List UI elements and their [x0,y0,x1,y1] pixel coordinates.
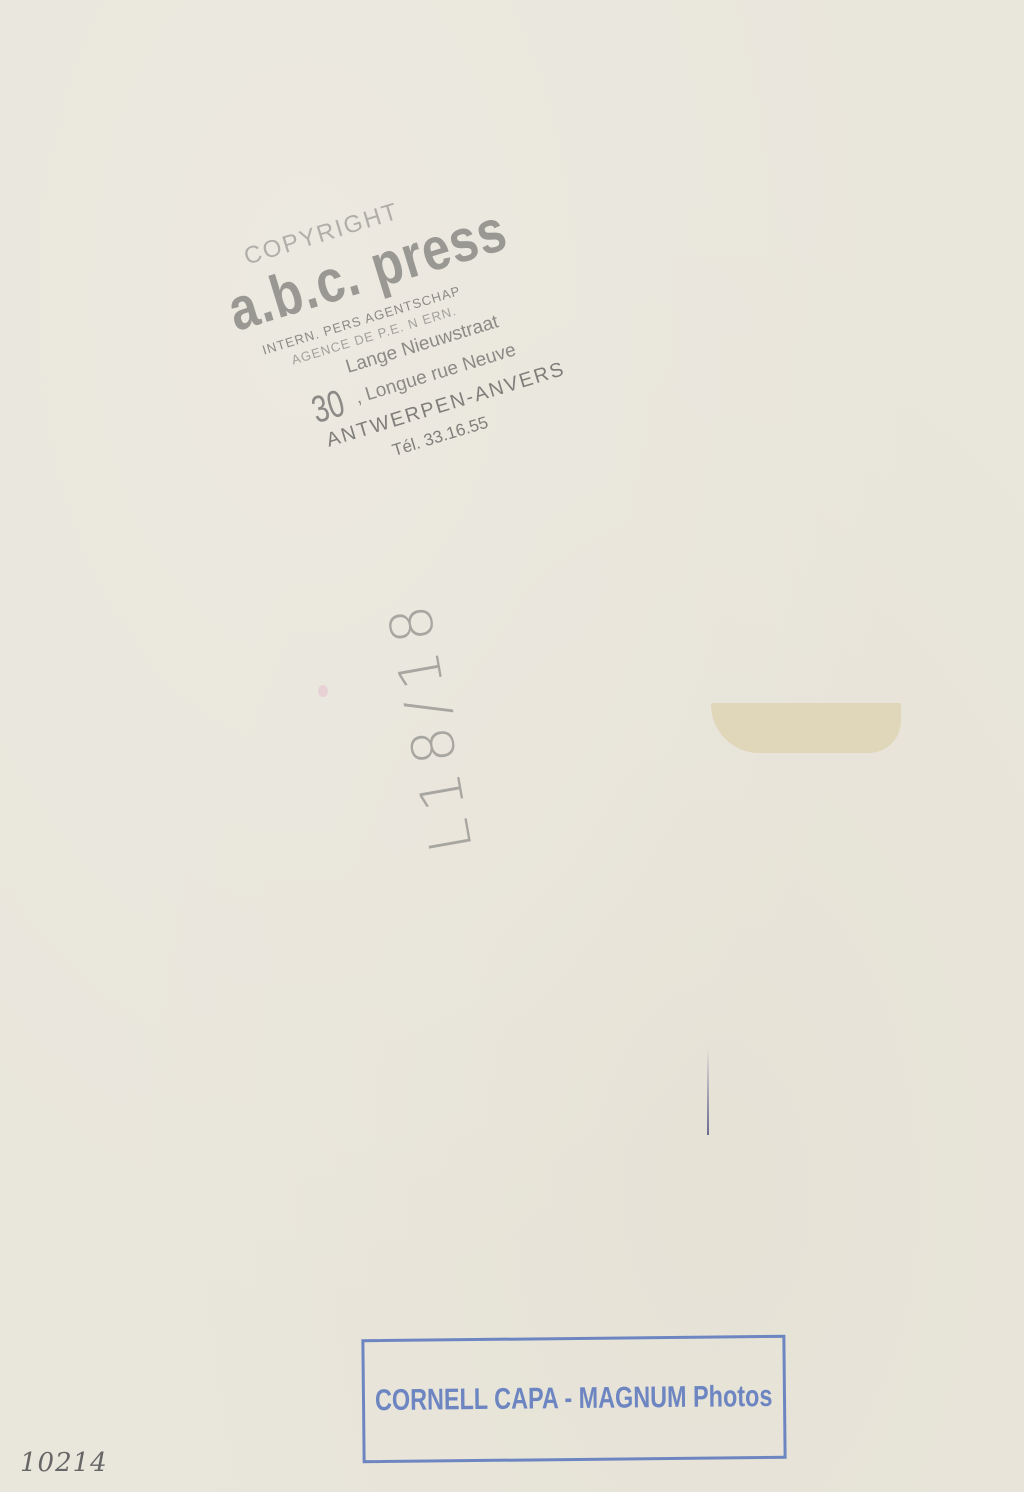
pink-mark [318,685,328,697]
inventory-number: 10214 [20,1448,108,1478]
magnum-credit-text: CORNELL CAPA - MAGNUM Photos [375,1380,773,1418]
ink-line [707,1050,709,1135]
magnum-credit-stamp: CORNELL CAPA - MAGNUM Photos [361,1335,786,1463]
tape-stain [711,703,901,753]
